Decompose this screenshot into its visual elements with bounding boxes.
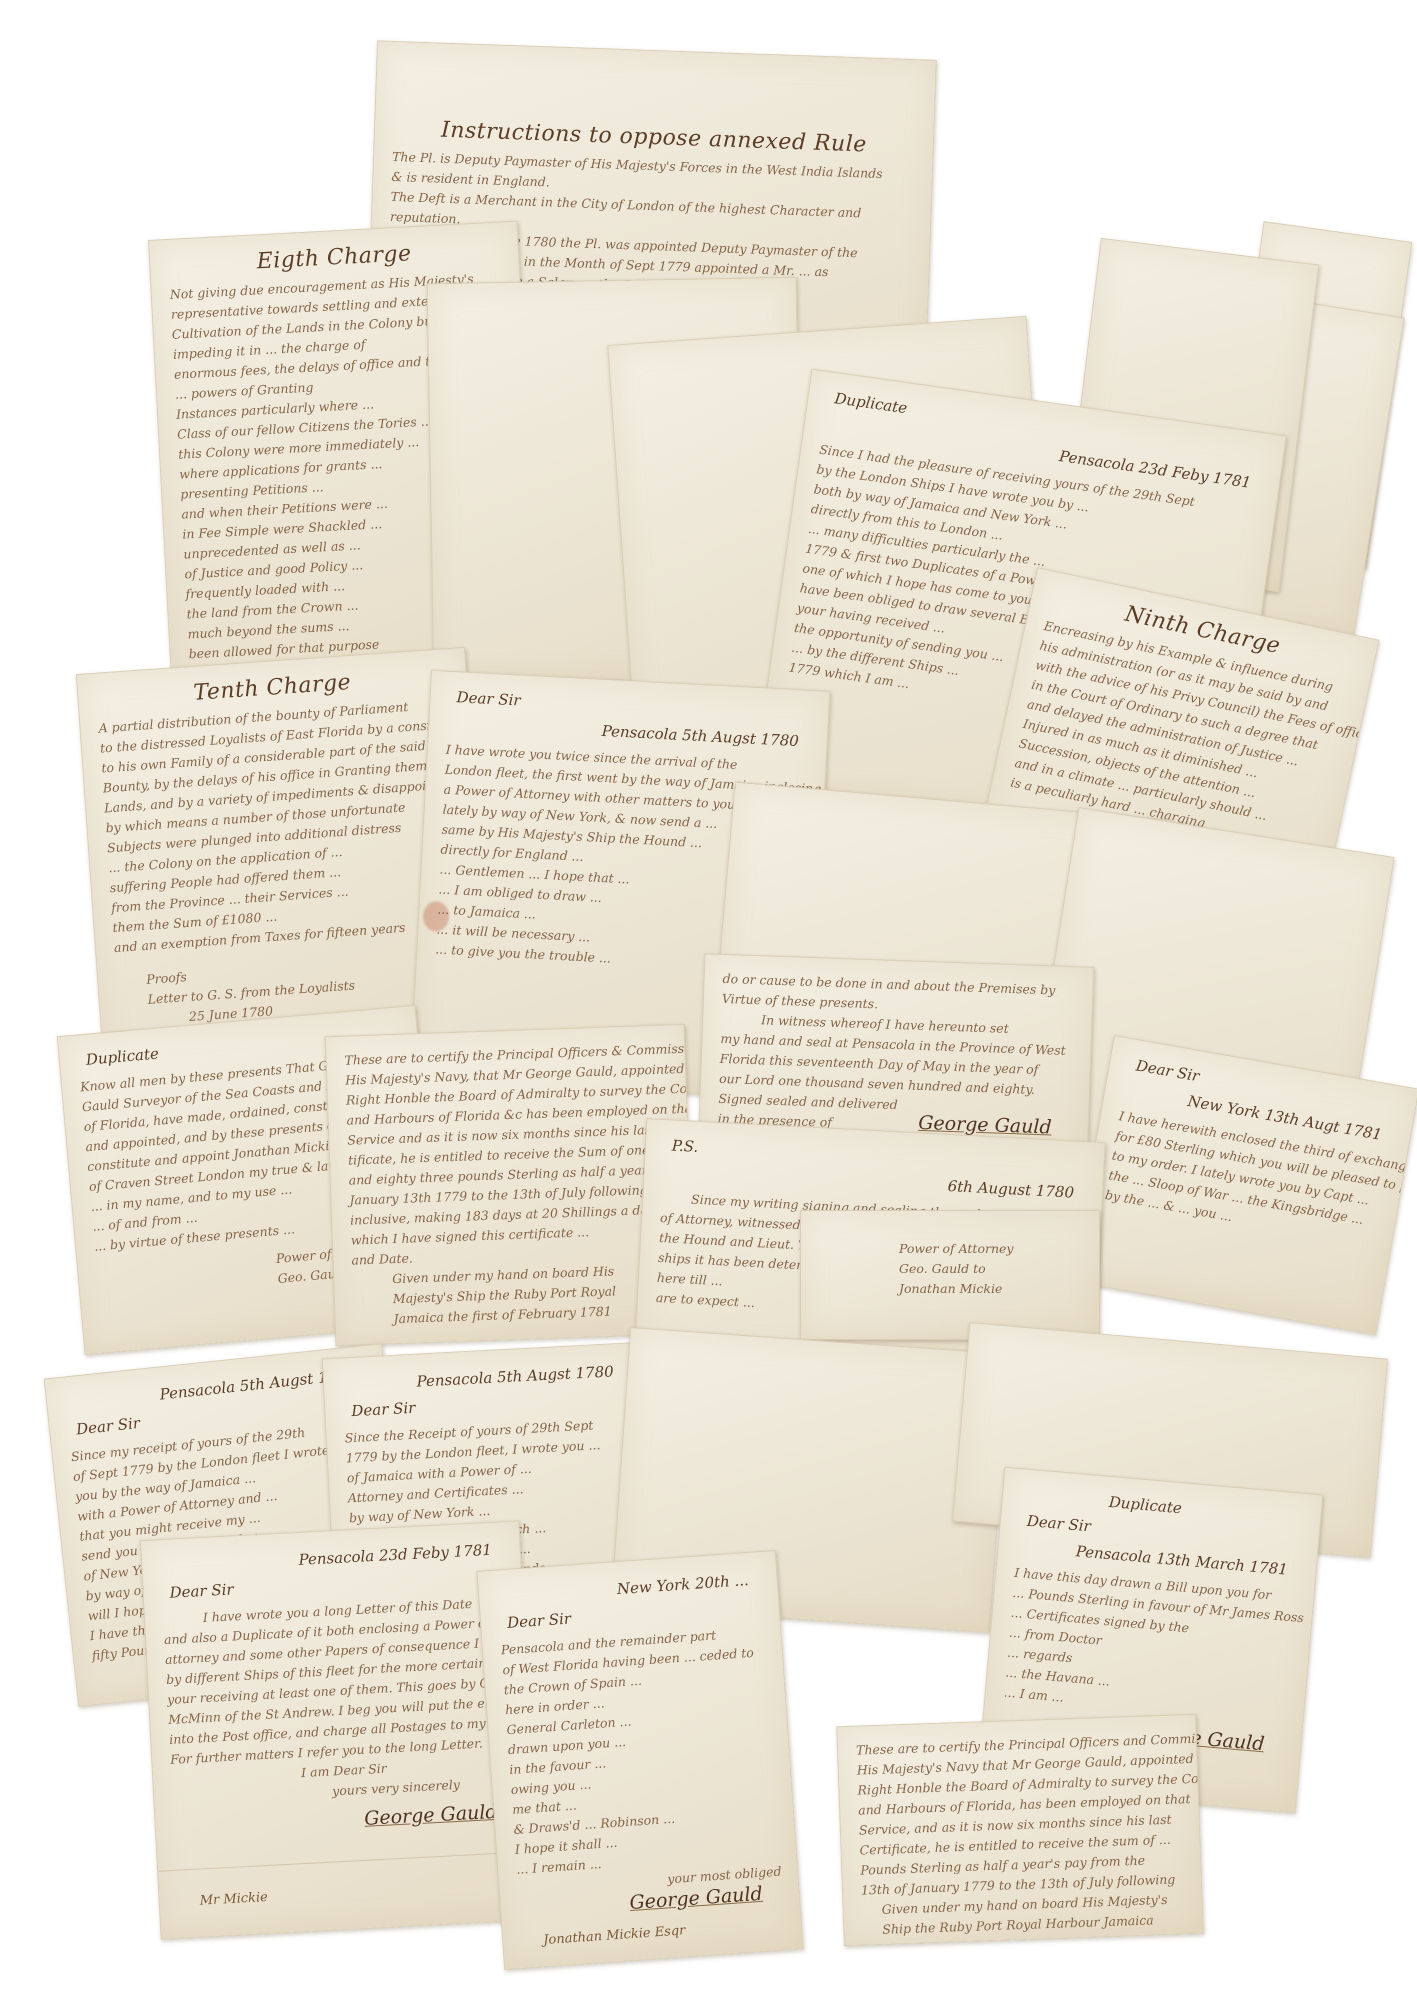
document-navy-certificate-2: These are to certify the Principal Offic…: [836, 1714, 1203, 1946]
document-letter-new-york: New York 20th ... Dear Sir Pensacola and…: [476, 1550, 803, 1970]
text-line: Power of Attorney: [819, 1239, 1081, 1259]
document-letter-new-york-1781: Dear Sir New York 13th Augt 1781 I have …: [1071, 1035, 1417, 1335]
letter-address: Mr Mickie: [199, 1890, 268, 1909]
letter-address: Jonathan Mickie Esqr: [543, 1923, 686, 1948]
paper-fold: [158, 1851, 536, 1872]
manuscript-collection-photo: Instructions to oppose annexed Rule The …: [0, 0, 1417, 2000]
text-line: Geo. Gauld to: [819, 1259, 1081, 1279]
text-line: Jonathan Mickie: [819, 1279, 1081, 1299]
document-power-of-attorney-docket: Power of Attorney Geo. Gauld to Jonathan…: [800, 1210, 1100, 1340]
